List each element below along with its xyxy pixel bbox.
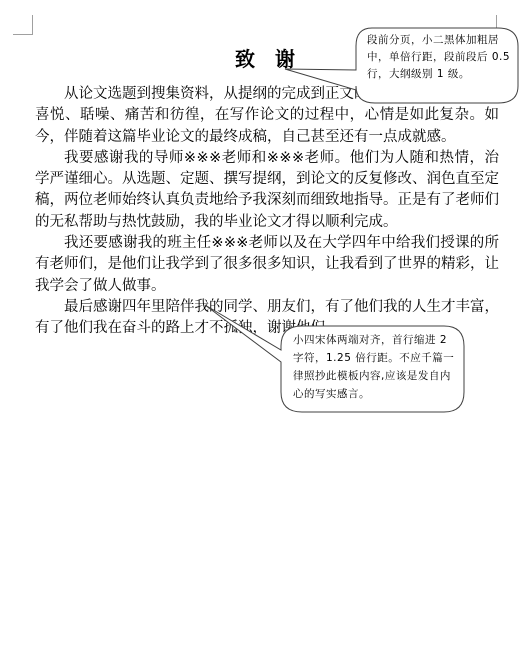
margin-corner-mark-top-left-vertical (32, 15, 33, 35)
callout-title-format-text[interactable]: 段前分页，小二黑体加粗居中，单倍行距，段前段后 0.5 行，大纲级别 1 级。 (367, 32, 517, 83)
paragraph-2[interactable]: 我要感谢我的导师※※※老师和※※※老师。他们为人随和热情，治学严谨细心。从选题、… (35, 148, 499, 233)
heading-char-2: 谢 (275, 47, 295, 71)
callout-body-format-text[interactable]: 小四宋体两端对齐，首行缩进 2 字符，1.25 倍行距。不应千篇一律照抄此模板内… (293, 331, 458, 403)
acknowledgement-body[interactable]: 从论文选题到搜集资料，从提纲的完成到正文的反复修改，我经历了喜悦、聒噪、痛苦和彷… (35, 84, 499, 340)
paragraph-3[interactable]: 我还要感谢我的班主任※※※老师以及在大学四年中给我们授课的所有老师们，是他们让我… (35, 233, 499, 297)
document-page: 致谢 从论文选题到搜集资料，从提纲的完成到正文的反复修改，我经历了喜悦、聒噪、痛… (0, 0, 523, 668)
paragraph-1[interactable]: 从论文选题到搜集资料，从提纲的完成到正文的反复修改，我经历了喜悦、聒噪、痛苦和彷… (35, 84, 499, 148)
margin-corner-mark-top-left (13, 34, 33, 35)
heading-char-1: 致 (235, 47, 255, 71)
